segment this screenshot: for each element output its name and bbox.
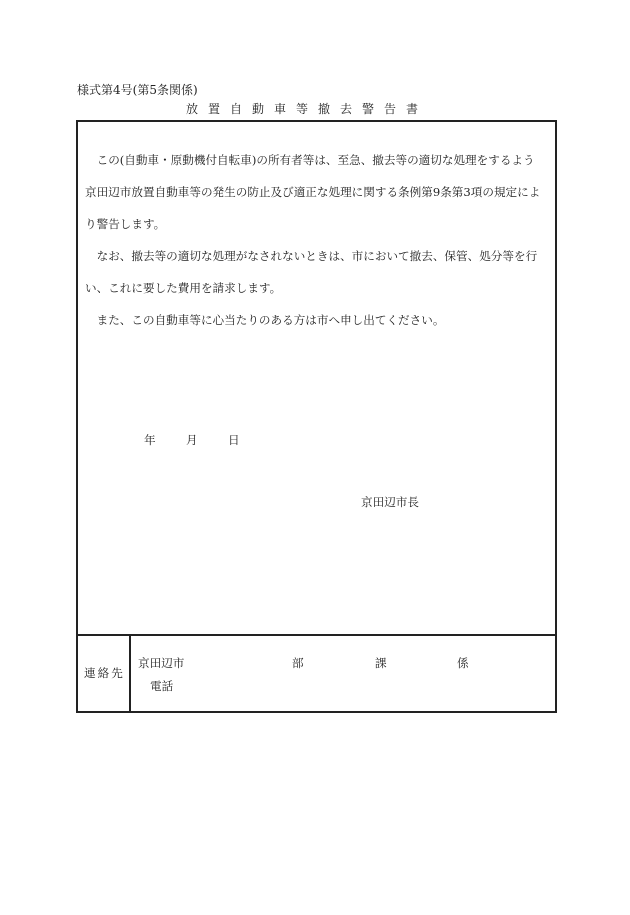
- paragraph-1-line-2: 京田辺市放置自動車等の発生の防止及び適正な処理に関する条例第9条第3項の規定によ: [85, 184, 551, 200]
- contact-department-label: 部: [292, 655, 304, 671]
- paragraph-2-line-2: い、これに要した費用を請求します。: [85, 280, 551, 296]
- warning-notice-frame: この(自動車・原動機付自転車)の所有者等は、至急、撤去等の適切な処理をするよう …: [76, 120, 557, 713]
- paragraph-3-line-1: また、この自動車等に心当たりのある方は市へ申し出てください。: [85, 312, 551, 328]
- contact-unit-label: 係: [457, 655, 469, 671]
- date-line: 年 月 日: [144, 432, 240, 448]
- contact-city: 京田辺市: [138, 655, 184, 671]
- paragraph-1-line-3: り警告します。: [85, 216, 551, 232]
- month-label: 月: [186, 432, 198, 448]
- paragraph-1-line-1: この(自動車・原動機付自転車)の所有者等は、至急、撤去等の適切な処理をするよう: [85, 152, 551, 168]
- contact-label-cell: 連絡先: [78, 636, 131, 713]
- paragraph-2-line-1: なお、撤去等の適切な処理がなされないときは、市において撤去、保管、処分等を行: [85, 248, 551, 264]
- contact-phone-label: 電話: [150, 678, 173, 694]
- form-number: 様式第4号(第5条関係): [77, 82, 198, 98]
- day-label: 日: [228, 432, 240, 448]
- contact-section-label: 課: [375, 655, 387, 671]
- contact-label: 連絡先: [84, 665, 125, 681]
- issuer-name: 京田辺市長: [361, 494, 419, 510]
- contact-details: 京田辺市 部 課 係 電話: [131, 636, 555, 713]
- year-label: 年: [144, 432, 156, 448]
- contact-section: 連絡先 京田辺市 部 課 係 電話: [78, 634, 555, 713]
- document-title: 放置自動車等撤去警告書: [186, 101, 428, 117]
